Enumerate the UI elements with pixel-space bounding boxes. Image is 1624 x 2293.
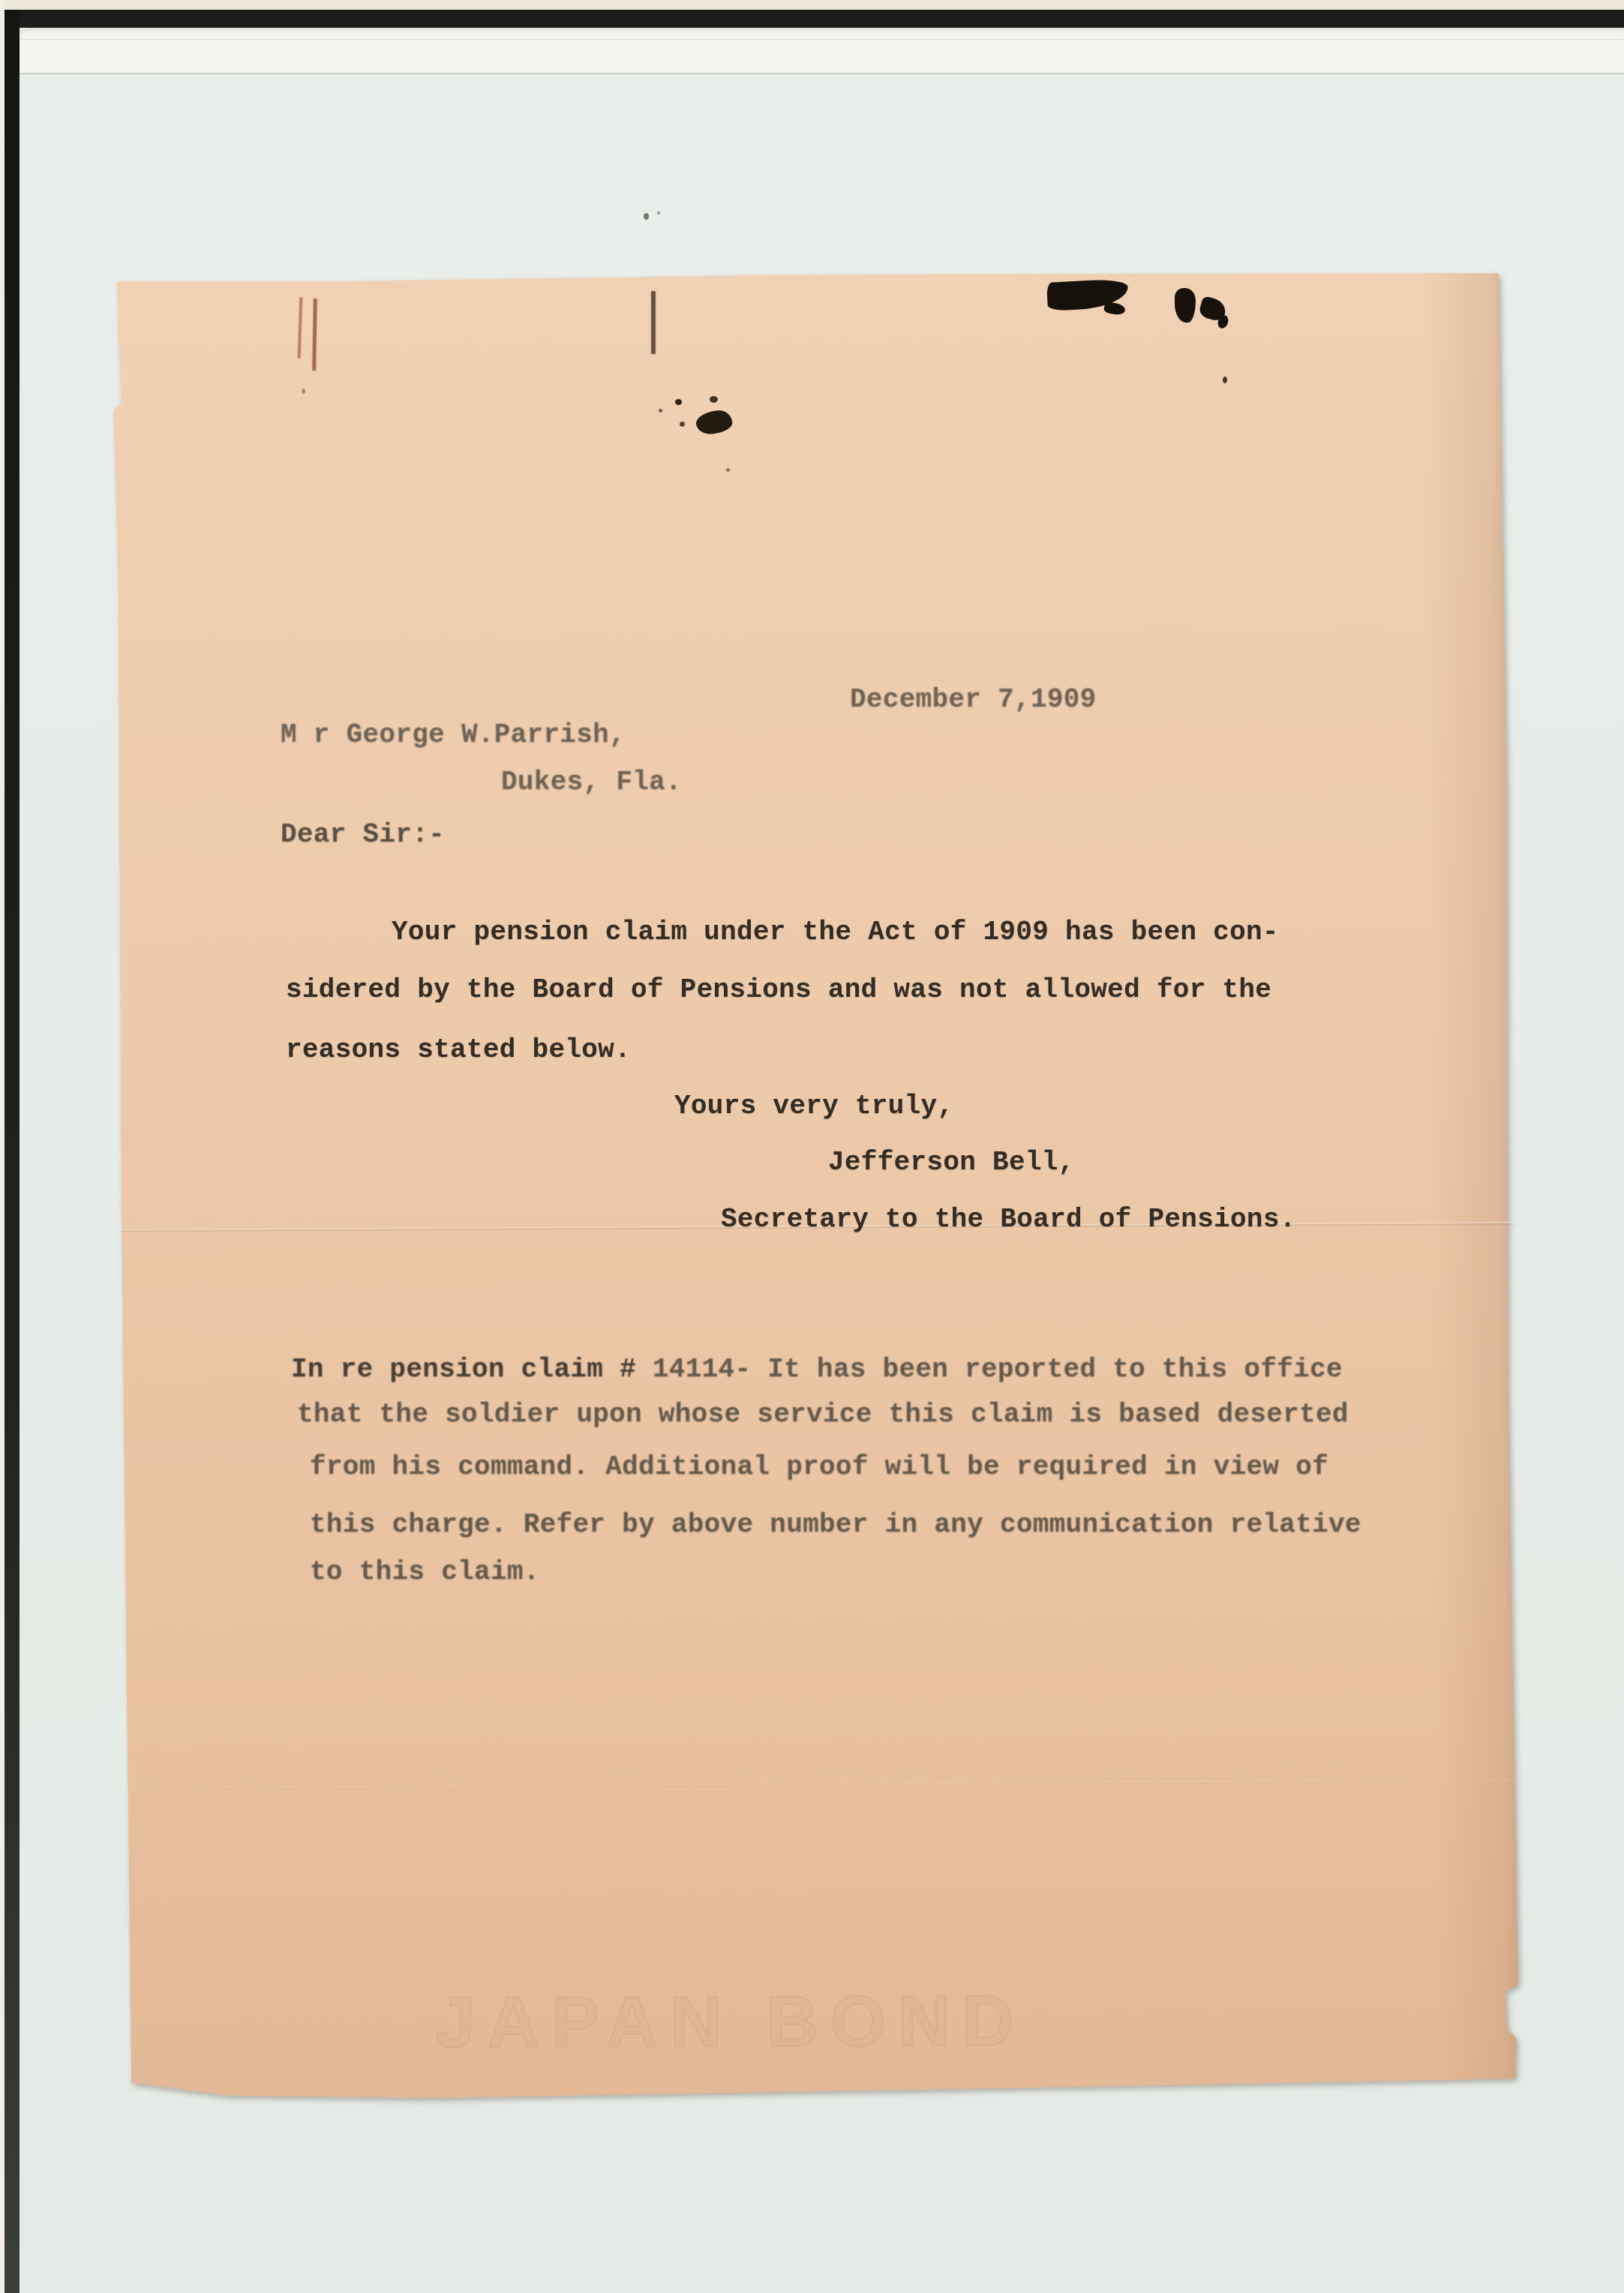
notice-line-1: In re pension claim # 14114- It has been… bbox=[291, 1354, 1343, 1385]
letter-date: December 7,1909 bbox=[850, 684, 1097, 715]
notice-line: from his command. Additional proof will … bbox=[310, 1451, 1328, 1482]
claim-number: 14114- bbox=[653, 1354, 751, 1385]
scanned-letter-page: JAPAN BOND December 7,1909 M r George W.… bbox=[0, 0, 1624, 2293]
body-line: Your pension claim under the Act of 1909… bbox=[392, 917, 1279, 947]
recipient-name-line: M r George W.Parrish, bbox=[281, 719, 626, 750]
signature-title-line: Secretary to the Board of Pensions. bbox=[721, 1204, 1296, 1235]
scanner-dark-band-left bbox=[5, 10, 20, 2293]
body-line: reasons stated below. bbox=[286, 1034, 631, 1065]
scan-top-edge bbox=[0, 0, 1624, 10]
closing-line: Yours very truly, bbox=[674, 1091, 953, 1121]
letter-paper: JAPAN BOND bbox=[113, 268, 1521, 2104]
notice-line-1-rest: It has been reported to this office bbox=[751, 1354, 1343, 1385]
background-speck bbox=[657, 212, 660, 215]
background-speck bbox=[644, 213, 649, 220]
notice-prefix: In re pension claim # bbox=[291, 1354, 653, 1385]
backing-mat-strip bbox=[20, 28, 1624, 74]
notice-line: that the soldier upon whose service this… bbox=[297, 1399, 1349, 1430]
signature-line: Jefferson Bell, bbox=[828, 1147, 1075, 1178]
scanner-dark-band-top bbox=[0, 10, 1624, 28]
paper-sheet bbox=[113, 268, 1521, 2102]
notice-line: to this claim. bbox=[310, 1556, 540, 1587]
paper-watermark: JAPAN BOND bbox=[435, 1985, 1260, 2059]
notice-line: this charge. Refer by above number in an… bbox=[310, 1509, 1361, 1540]
salutation-line: Dear Sir:- bbox=[281, 819, 445, 850]
body-line: sidered by the Board of Pensions and was… bbox=[286, 974, 1271, 1005]
backing-mat-line bbox=[20, 39, 1624, 40]
recipient-address-line: Dukes, Fla. bbox=[501, 767, 682, 797]
